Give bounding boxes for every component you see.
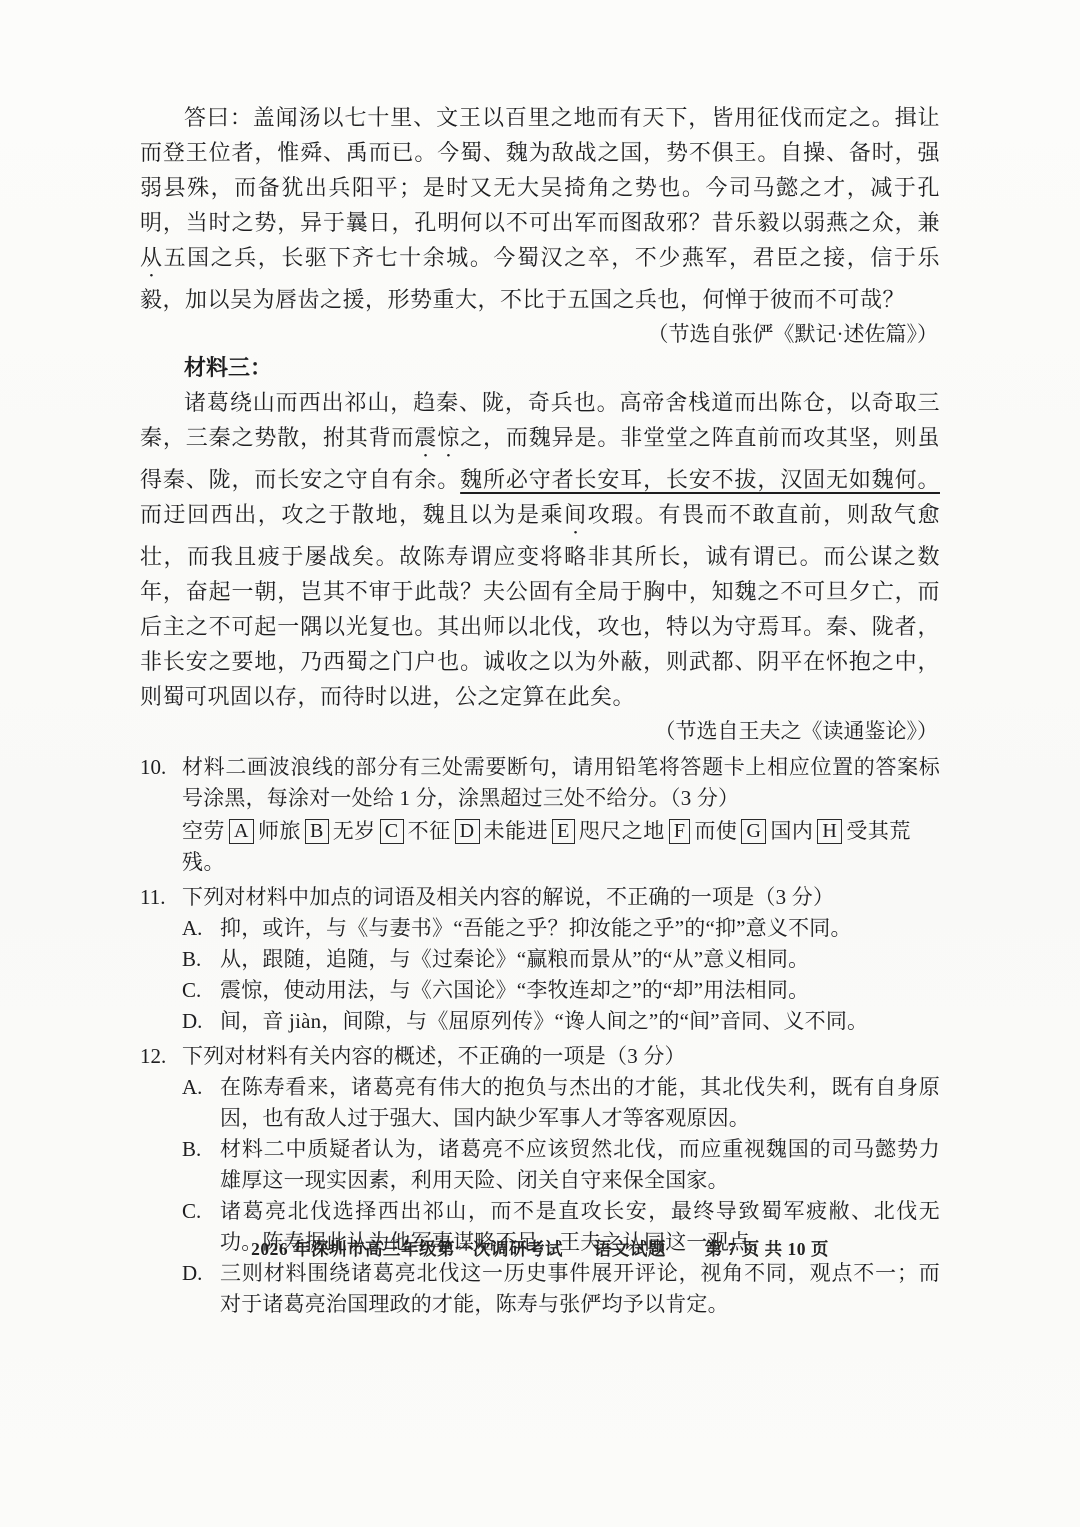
- question-11-option-c: C. 震惊，使动用法，与《六国论》“李牧连却之”的“却”用法相同。: [182, 975, 940, 1006]
- text-segment: 师旅: [258, 819, 301, 843]
- option-label: B.: [182, 1134, 220, 1196]
- question-12-body: 下列对材料有关内容的概述，不正确的一项是（3 分） A. 在陈寿看来，诸葛亮有伟…: [182, 1041, 940, 1320]
- question-11: 11. 下列对材料中加点的词语及相关内容的解说，不正确的一项是（3 分） A. …: [140, 882, 940, 1037]
- text-segment: 国内: [770, 819, 813, 843]
- answer-mark-box: A: [229, 819, 254, 844]
- option-text: 震惊，使动用法，与《六国论》“李牧连却之”的“却”用法相同。: [220, 975, 940, 1006]
- footer-subject: 语文试题: [594, 1239, 666, 1259]
- option-label: C.: [182, 975, 220, 1006]
- question-11-option-a: A. 抑，或许，与《与妻书》“吾能之乎？抑汝能之乎”的“抑”意义不同。: [182, 913, 940, 944]
- text-segment: 不征: [408, 819, 451, 843]
- question-11-stem: 下列对材料中加点的词语及相关内容的解说，不正确的一项是（3 分）: [182, 882, 940, 913]
- page-footer: 2026 年深圳市高三年级第一次调研考试 语文试题 第 7 页 共 10 页: [0, 1236, 1080, 1261]
- option-text: 间，音 jiàn，间隙，与《屈原列传》“谗人间之”的“间”音同、义不同。: [220, 1006, 940, 1037]
- question-10-answer-line: 空劳A师旅B无岁C不征D未能进E咫尺之地F而使G国内H受其荒残。: [182, 816, 940, 878]
- emphasized-word: 震惊: [414, 425, 460, 450]
- answer-mark-box: H: [817, 819, 842, 844]
- option-label: D.: [182, 1258, 220, 1320]
- question-10-stem: 材料二画波浪线的部分有三处需要断句，请用铅笔将答题卡上相应位置的答案标号涂黑，每…: [182, 752, 940, 814]
- option-text: 抑，或许，与《与妻书》“吾能之乎？抑汝能之乎”的“抑”意义不同。: [220, 913, 940, 944]
- answer-mark-box: C: [380, 819, 404, 844]
- text-segment: 空劳: [182, 819, 225, 843]
- option-text: 三则材料围绕诸葛亮北伐这一历史事件展开评论，视角不同，观点不一；而对于诸葛亮治国…: [220, 1258, 940, 1320]
- option-text: 在陈寿看来，诸葛亮有伟大的抱负与杰出的才能，其北伐失利，既有自身原因，也有敌人过…: [220, 1072, 940, 1134]
- answer-mark-box: B: [305, 819, 329, 844]
- text-segment: 未能进: [484, 819, 549, 843]
- footer-exam-title: 2026 年深圳市高三年级第一次调研考试: [251, 1239, 563, 1259]
- question-11-option-b: B. 从，跟随，追随，与《过秦论》“赢粮而景从”的“从”意义相同。: [182, 944, 940, 975]
- emphasized-word: 从: [140, 245, 164, 270]
- text-segment: 而迂回西出，攻之于散地，魏且以为是乘: [140, 502, 564, 527]
- exam-page-scan: 答曰：盖闻汤以七十里、文王以百里之地而有天下，皆用征伐而定之。揖让而登王位者，惟…: [0, 0, 1080, 1527]
- text-segment: 咫尺之地: [579, 819, 665, 843]
- answer-mark-box: E: [552, 819, 575, 844]
- option-text: 从，跟随，追随，与《过秦论》“赢粮而景从”的“从”意义相同。: [220, 944, 940, 975]
- question-12-number: 12.: [140, 1041, 182, 1320]
- material3-attribution: （节选自王夫之《读通鉴论》）: [140, 714, 940, 748]
- question-12-option-b: B. 材料二中质疑者认为，诸葛亮不应该贸然北伐，而应重视魏国的司马懿势力雄厚这一…: [182, 1134, 940, 1196]
- question-10-number: 10.: [140, 752, 182, 878]
- underlined-clause: 魏所必守者长安耳，长安不拔，汉固无如魏何。: [460, 467, 940, 492]
- text-segment: 答曰：盖闻汤以七十里、文王以百里之地而有天下，皆用征伐而定之。揖让而登王位者，惟…: [140, 105, 940, 235]
- answer-mark-box: D: [455, 819, 480, 844]
- page-content: 答曰：盖闻汤以七十里、文王以百里之地而有天下，皆用征伐而定之。揖让而登王位者，惟…: [140, 100, 940, 1320]
- footer-page-info: 第 7 页 共 10 页: [705, 1239, 829, 1259]
- material3-heading: 材料三：: [140, 351, 940, 385]
- question-11-option-d: D. 间，音 jiàn，间隙，与《屈原列传》“谗人间之”的“间”音同、义不同。: [182, 1006, 940, 1037]
- option-label: D.: [182, 1006, 220, 1037]
- passage-reply-paragraph: 答曰：盖闻汤以七十里、文王以百里之地而有天下，皆用征伐而定之。揖让而登王位者，惟…: [140, 100, 940, 317]
- passage-reply-attribution: （节选自张俨《默记·述佐篇》）: [140, 317, 940, 351]
- question-12-option-d: D. 三则材料围绕诸葛亮北伐这一历史事件展开评论，视角不同，观点不一；而对于诸葛…: [182, 1258, 940, 1320]
- question-10: 10. 材料二画波浪线的部分有三处需要断句，请用铅笔将答题卡上相应位置的答案标号…: [140, 752, 940, 878]
- answer-mark-box: G: [741, 819, 766, 844]
- question-11-body: 下列对材料中加点的词语及相关内容的解说，不正确的一项是（3 分） A. 抑，或许…: [182, 882, 940, 1037]
- answer-mark-box: F: [669, 819, 691, 844]
- option-label: B.: [182, 944, 220, 975]
- question-12-stem: 下列对材料有关内容的概述，不正确的一项是（3 分）: [182, 1041, 940, 1072]
- question-10-body: 材料二画波浪线的部分有三处需要断句，请用铅笔将答题卡上相应位置的答案标号涂黑，每…: [182, 752, 940, 878]
- option-text: 材料二中质疑者认为，诸葛亮不应该贸然北伐，而应重视魏国的司马懿势力雄厚这一现实因…: [220, 1134, 940, 1196]
- option-label: A.: [182, 913, 220, 944]
- question-11-number: 11.: [140, 882, 182, 1037]
- text-segment: 无岁: [333, 819, 376, 843]
- question-12-option-a: A. 在陈寿看来，诸葛亮有伟大的抱负与杰出的才能，其北伐失利，既有自身原因，也有…: [182, 1072, 940, 1134]
- text-segment: 五国之兵，长驱下齐七十余城。今蜀汉之卒，不少燕军，君臣之接，信于乐毅，加以吴为唇…: [140, 245, 940, 312]
- option-label: A.: [182, 1072, 220, 1134]
- emphasized-word: 间: [564, 502, 588, 527]
- material3-paragraph: 诸葛绕山而西出祁山，趋秦、陇，奇兵也。高帝舍栈道而出陈仓，以奇取三秦，三秦之势散…: [140, 385, 940, 714]
- text-segment: 而使: [694, 819, 737, 843]
- text-segment: 攻瑕。有畏而不敢直前，则敌气愈壮，而我且疲于屡战矣。故陈寿谓应变将略非其所长，诚…: [140, 502, 940, 709]
- question-12: 12. 下列对材料有关内容的概述，不正确的一项是（3 分） A. 在陈寿看来，诸…: [140, 1041, 940, 1320]
